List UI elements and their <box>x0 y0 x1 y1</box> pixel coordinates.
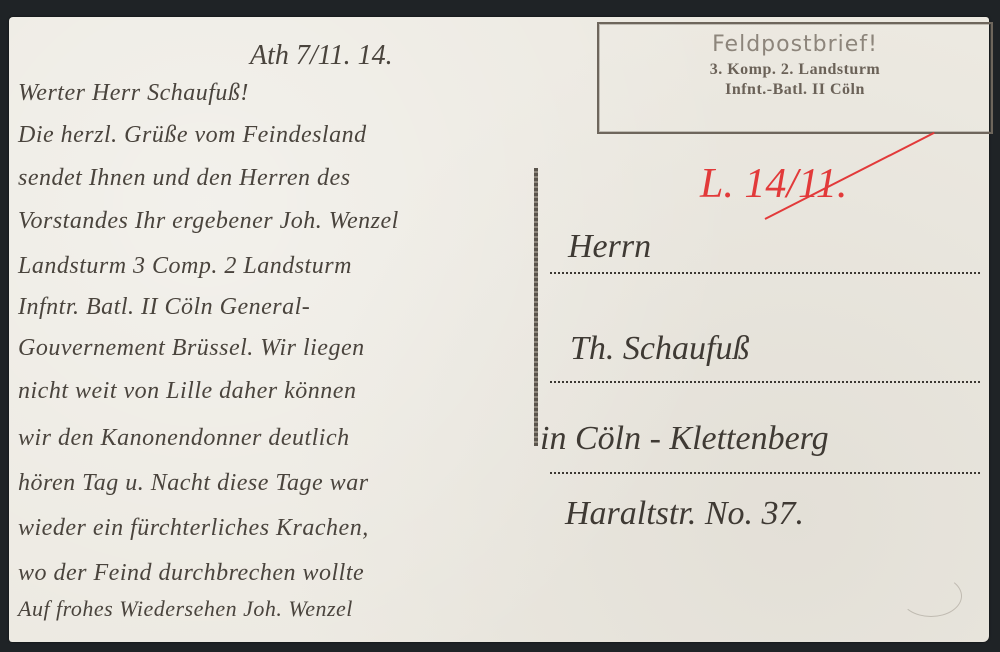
place-date: Ath 7/11. 14. <box>250 40 393 72</box>
address-rule-2 <box>550 381 980 383</box>
stamp-title: Feldpostbrief! <box>599 32 991 57</box>
stamp-unit: 3. Komp. 2. Landsturm <box>599 61 991 79</box>
feldpost-stamp: Feldpostbrief! 3. Komp. 2. Landsturm Inf… <box>597 22 993 134</box>
address-line-2: Th. Schaufuß <box>570 330 749 368</box>
red-pencil-annotation: L. 14/11. <box>700 160 847 208</box>
address-line-3: in Cöln - Klettenberg <box>540 420 829 458</box>
vertical-divider <box>534 168 538 446</box>
message-line: hören Tag u. Nacht diese Tage war <box>18 470 369 497</box>
message-line: Gouvernement Brüssel. Wir liegen <box>18 335 365 362</box>
stamp-battalion: Infnt.-Batl. II Cöln <box>599 81 991 99</box>
message-line: wieder ein fürchterliches Krachen, <box>18 515 369 542</box>
message-line: sendet Ihnen und den Herren des <box>18 165 351 192</box>
address-line-1: Herrn <box>568 228 651 266</box>
message-line: Die herzl. Grüße vom Feindesland <box>18 122 367 149</box>
address-line-4: Haraltstr. No. 37. <box>565 495 804 533</box>
message-line: Landsturm 3 Comp. 2 Landsturm <box>18 253 352 280</box>
signature-line: Auf frohes Wiedersehen Joh. Wenzel <box>18 596 353 622</box>
address-rule-1 <box>550 272 980 274</box>
message-line: wo der Feind durchbrechen wollte <box>18 560 364 587</box>
message-line: Werter Herr Schaufuß! <box>18 80 249 107</box>
message-line: Infntr. Batl. II Cöln General- <box>18 294 310 321</box>
message-line: wir den Kanonendonner deutlich <box>18 425 350 452</box>
message-line: nicht weit von Lille daher können <box>18 378 356 405</box>
message-line: Vorstandes Ihr ergebener Joh. Wenzel <box>18 208 399 235</box>
pencil-mark <box>900 575 962 617</box>
address-rule-3 <box>550 472 980 474</box>
